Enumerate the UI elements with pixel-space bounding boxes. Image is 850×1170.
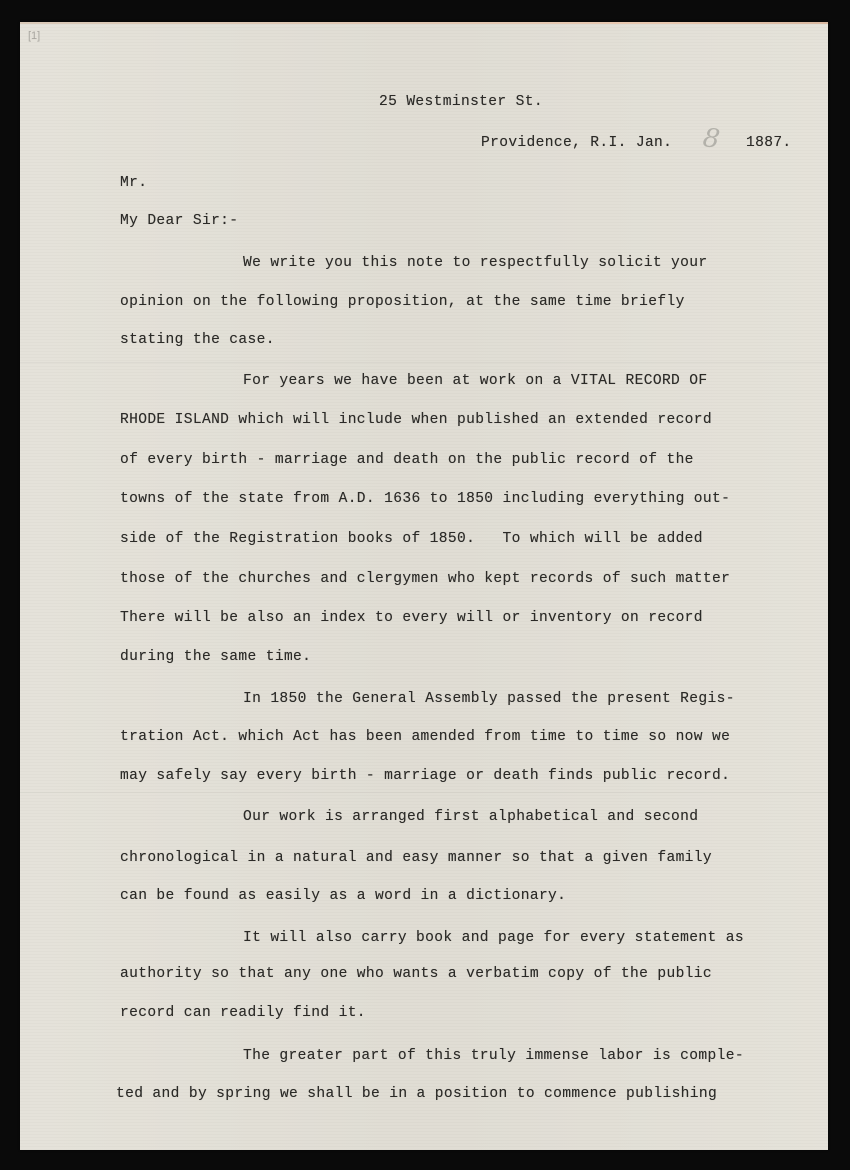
body-line: The greater part of this truly immense l…	[243, 1048, 744, 1064]
body-line: side of the Registration books of 1850. …	[120, 531, 703, 547]
body-line: of every birth - marriage and death on t…	[120, 452, 694, 468]
body-line: stating the case.	[120, 332, 275, 348]
body-line: those of the churches and clergymen who …	[120, 571, 730, 587]
place-date-line: Providence, R.I. Jan.	[481, 135, 672, 151]
body-line: For years we have been at work on a VITA…	[243, 373, 708, 389]
body-line: tration Act. which Act has been amended …	[120, 729, 730, 745]
body-line: chronological in a natural and easy mann…	[120, 850, 712, 866]
body-line: It will also carry book and page for eve…	[243, 930, 744, 946]
body-line: towns of the state from A.D. 1636 to 185…	[120, 491, 730, 507]
body-line: In 1850 the General Assembly passed the …	[243, 691, 735, 707]
paper-edge	[20, 22, 828, 24]
body-line: during the same time.	[120, 649, 311, 665]
body-line: opinion on the following proposition, at…	[120, 294, 685, 310]
body-line: ted and by spring we shall be in a posit…	[116, 1086, 717, 1102]
body-line: authority so that any one who wants a ve…	[120, 966, 712, 982]
salutation: My Dear Sir:-	[120, 213, 238, 229]
letter-page: [1] 25 Westminster St. Providence, R.I. …	[20, 22, 828, 1150]
body-line: RHODE ISLAND which will include when pub…	[120, 412, 712, 428]
fold-crease	[20, 362, 828, 363]
body-line: record can readily find it.	[120, 1005, 366, 1021]
body-line: There will be also an index to every wil…	[120, 610, 703, 626]
folio-mark: [1]	[28, 30, 40, 42]
body-line: We write you this note to respectfully s…	[243, 255, 708, 271]
handwritten-day: 8	[701, 123, 722, 155]
addressee: Mr.	[120, 175, 147, 191]
fold-crease	[20, 792, 828, 793]
date-year: 1887.	[746, 135, 792, 151]
body-line: can be found as easily as a word in a di…	[120, 888, 566, 904]
address-line: 25 Westminster St.	[379, 94, 543, 110]
body-line: may safely say every birth - marriage or…	[120, 768, 730, 784]
body-line: Our work is arranged first alphabetical …	[243, 809, 698, 825]
